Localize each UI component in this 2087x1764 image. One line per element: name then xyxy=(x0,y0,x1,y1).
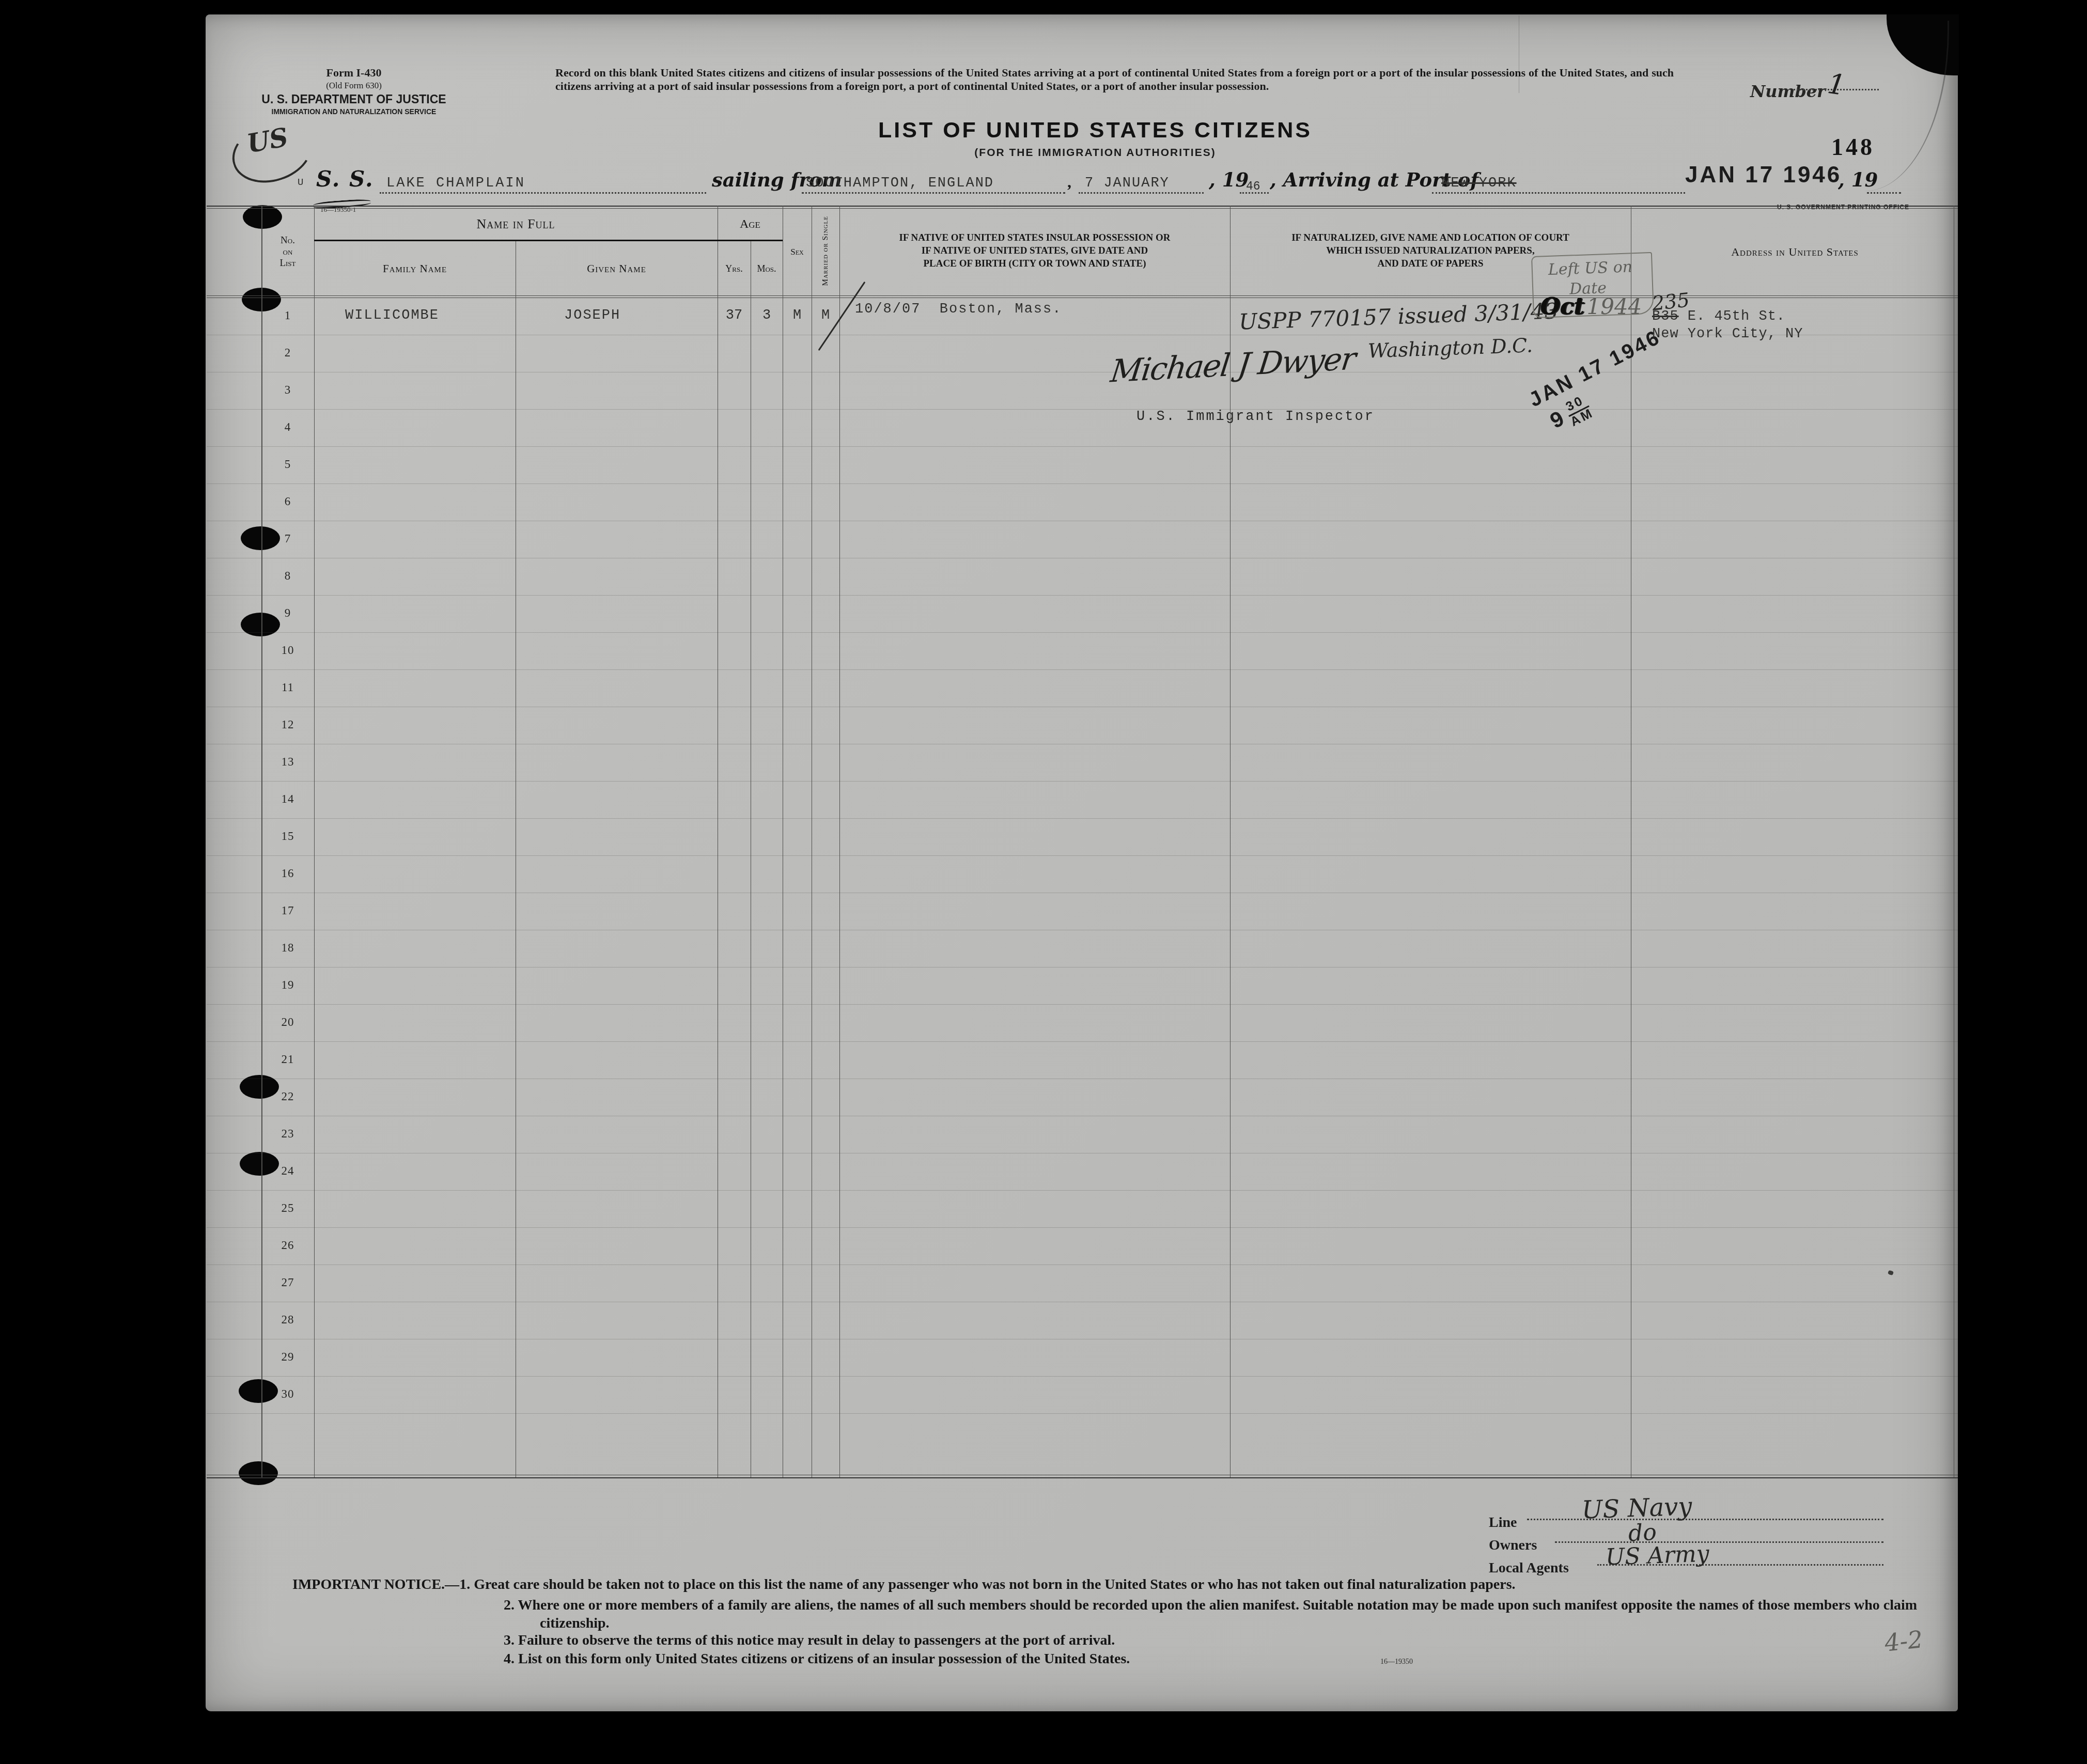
local-agents-value: US Army xyxy=(1605,1541,1709,1571)
col-header-sex: Sex xyxy=(783,209,812,295)
row-number: 5 xyxy=(261,458,314,471)
owners-rule xyxy=(1555,1541,1883,1543)
left-us-month: Oct xyxy=(1540,293,1584,320)
form-number: Form I-430 xyxy=(261,66,447,80)
row-number: 18 xyxy=(261,941,314,955)
address-city-line: New York City, NY xyxy=(1652,326,1803,342)
row-number: 17 xyxy=(261,904,314,917)
page-subtitle: (FOR THE IMMIGRATION AUTHORITIES) xyxy=(827,147,1364,159)
row-number: 14 xyxy=(261,792,314,806)
col-header-given-name: Given Name xyxy=(516,242,718,295)
col-header-birth: IF NATIVE OF UNITED STATES INSULAR POSSE… xyxy=(845,217,1225,284)
departure-date-rule xyxy=(1079,192,1204,194)
left-us-line1: Left US on xyxy=(1548,257,1652,279)
form-info-block: Form I-430 (Old Form 630) U. S. DEPARTME… xyxy=(261,66,447,116)
entry-family-name: WILLICOMBE xyxy=(345,308,439,323)
left-us-date-value: Oct 1944 xyxy=(1540,293,1642,320)
year-printed: , 19 xyxy=(1209,168,1249,191)
comma-separator: , xyxy=(1067,173,1071,192)
row-number: 12 xyxy=(261,718,314,731)
instructions-paragraph: Record on this blank United States citiz… xyxy=(555,66,1674,93)
inspector-title: U.S. Immigrant Inspector xyxy=(1136,409,1375,425)
row-number: 9 xyxy=(261,606,314,620)
print-code-bottom: 16—19350 xyxy=(1380,1658,1413,1666)
row-number: 11 xyxy=(261,681,314,694)
year-rule xyxy=(1240,192,1269,194)
row-number: 25 xyxy=(261,1201,314,1215)
row-number: 15 xyxy=(261,830,314,843)
departure-port-rule xyxy=(802,192,1065,194)
row-number: 1 xyxy=(261,309,314,322)
row-number: 4 xyxy=(261,420,314,434)
col-header-address: Address in United States xyxy=(1636,209,1954,295)
arrival-port-rule xyxy=(1432,192,1685,194)
prefix-u: U xyxy=(298,177,303,188)
line-rule xyxy=(1527,1519,1883,1520)
punch-hole xyxy=(239,1461,278,1485)
row-number: 28 xyxy=(261,1313,314,1326)
row-number: 29 xyxy=(261,1350,314,1364)
owners-label: Owners xyxy=(1489,1537,1537,1554)
row-number: 10 xyxy=(261,644,314,657)
row-number: 7 xyxy=(261,532,314,545)
row-number: 22 xyxy=(261,1090,314,1103)
row-number: 27 xyxy=(261,1276,314,1289)
departure-port: SOUTHAMPTON, ENGLAND xyxy=(806,176,994,191)
line-label: Line xyxy=(1489,1515,1517,1531)
row-number: 21 xyxy=(261,1053,314,1066)
row-number: 23 xyxy=(261,1127,314,1141)
row-number: 16 xyxy=(261,867,314,880)
row-number: 13 xyxy=(261,755,314,769)
year-suffix: , 19 xyxy=(1838,168,1878,191)
row-number: 26 xyxy=(261,1239,314,1252)
entry-age-yrs: 37 xyxy=(718,308,751,323)
scanned-manifest-page: { "page": { "scan_page_number": "148", "… xyxy=(0,0,2087,1764)
year-typed: 46 xyxy=(1246,180,1260,193)
entry-sex: M xyxy=(783,308,812,323)
page-title: LIST OF UNITED STATES CITIZENS xyxy=(827,118,1364,143)
notice-item-1: 1. Great care should be taken not to pla… xyxy=(459,1576,1515,1593)
row-number: 2 xyxy=(261,346,314,360)
ship-name: LAKE CHAMPLAIN xyxy=(386,176,525,191)
old-form-number: (Old Form 630) xyxy=(261,81,447,91)
row-number: 24 xyxy=(261,1164,314,1178)
col-header-married-or-single: Married or Single xyxy=(812,207,839,295)
notice-item-3: 3. Failure to observe the terms of this … xyxy=(504,1632,1115,1649)
ship-name-rule xyxy=(380,192,706,194)
row-number: 19 xyxy=(261,978,314,992)
local-agents-label: Local Agents xyxy=(1489,1560,1569,1576)
entry-given-name: JOSEPH xyxy=(564,308,620,323)
col-header-mos: Mos. xyxy=(751,242,783,295)
entry-birthplace: 10/8/07 Boston, Mass. xyxy=(855,302,1062,317)
ss-label: S. S. xyxy=(316,166,374,192)
entry-age-mos: 3 xyxy=(751,308,783,323)
address-struck-number: B35 xyxy=(1652,309,1679,324)
header-subdivider xyxy=(314,240,783,241)
arrival-port: NEW YORK xyxy=(1441,176,1517,191)
entry-married-or-single: M xyxy=(812,308,839,323)
left-us-year: 1944 xyxy=(1586,294,1642,319)
departure-date: 7 JANUARY xyxy=(1085,176,1170,191)
col-header-age: Age xyxy=(718,209,783,240)
page-stamp: 148 xyxy=(1831,133,1875,161)
number-label: Number xyxy=(1750,82,1826,101)
department-name: U. S. DEPARTMENT OF JUSTICE xyxy=(261,92,447,106)
notice-label: IMPORTANT NOTICE.— xyxy=(292,1576,459,1593)
row-number: 20 xyxy=(261,1016,314,1029)
arrival-date-stamp: JAN 17 1946 xyxy=(1685,162,1842,188)
row-number: 30 xyxy=(261,1387,314,1401)
row-number: 6 xyxy=(261,495,314,508)
notice-item-4: 4. List on this form only United States … xyxy=(504,1651,1130,1667)
row-number: 3 xyxy=(261,383,314,397)
col-header-no-on-list: No. on List xyxy=(261,211,314,293)
col-header-family-name: Family Name xyxy=(314,242,516,295)
col-header-yrs: Yrs. xyxy=(718,242,751,295)
notice-item-2: 2. Where one or more members of a family… xyxy=(504,1596,1976,1632)
row-number: 8 xyxy=(261,569,314,583)
col-header-name-in-full: Name in Full xyxy=(314,209,718,240)
year-suffix-rule xyxy=(1867,192,1901,194)
address-street-line: B35 E. 45th St. xyxy=(1652,309,1785,324)
service-name: IMMIGRATION AND NATURALIZATION SERVICE xyxy=(261,107,447,116)
